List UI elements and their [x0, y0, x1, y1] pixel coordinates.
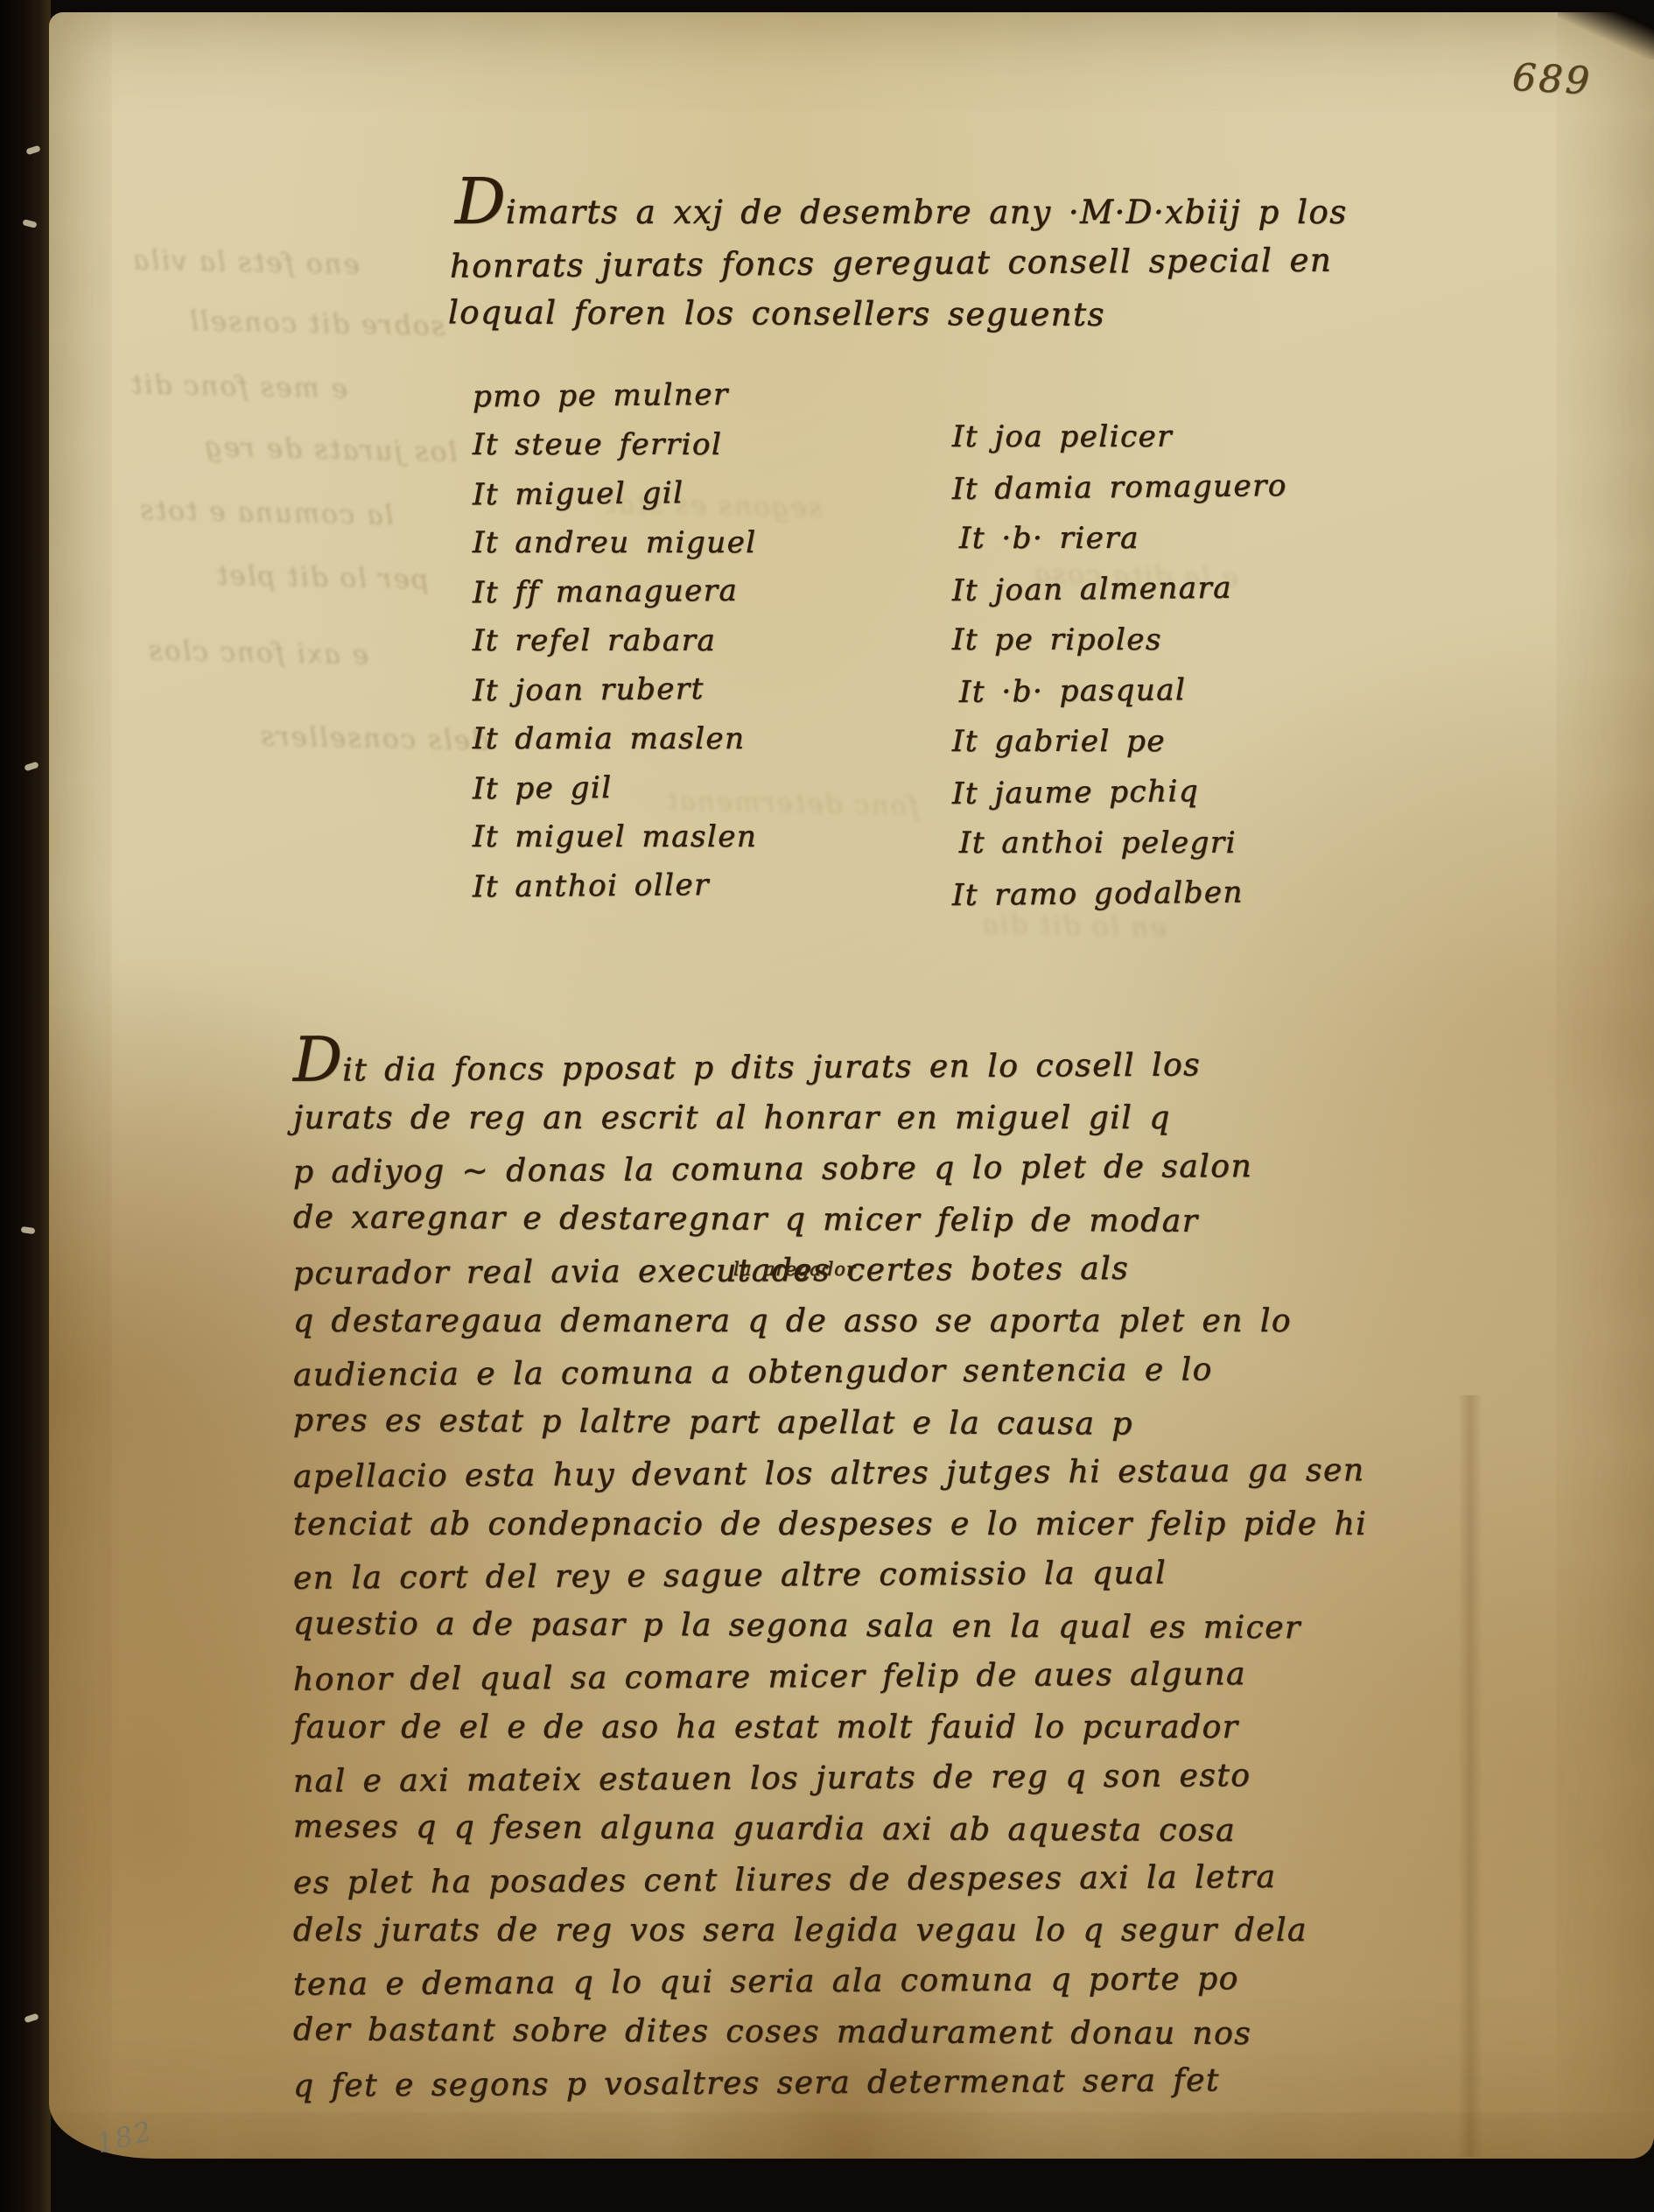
page-crease	[1458, 1395, 1482, 2157]
showthrough-line: dels consellers	[259, 720, 490, 757]
list-item: It pe gil	[473, 762, 758, 814]
record-paragraph: Dit dia foncs pposat p dits jurats en lo…	[293, 1035, 1367, 2109]
showthrough-line: sobre dit consell	[188, 305, 445, 342]
showthrough-line: e mes fonc dit	[130, 369, 348, 404]
list-item: It jaume pchiq	[952, 765, 1287, 819]
heading-line: honrats jurats foncs gereguat consell sp…	[450, 235, 1348, 291]
record-line: audiencia e la comuna a obtengudor sente…	[293, 1344, 1368, 1401]
folio-number: 689	[1511, 56, 1594, 104]
record-line: q fet e segons p vosaltres sera determen…	[293, 2054, 1368, 2111]
record-line: dels jurats de reg vos sera legida vegau…	[293, 1906, 1367, 1956]
list-item: It refel rabara	[473, 616, 757, 665]
list-item: pmo pe mulner	[473, 370, 758, 422]
showthrough-line: la comuna e tots	[138, 495, 394, 531]
record-line: fauor de el e de aso ha estat molt fauid…	[293, 1703, 1367, 1753]
list-item: It pe ripoles	[952, 614, 1287, 665]
list-item: It miguel gil	[473, 468, 758, 520]
list-item: It joa pelicer	[952, 411, 1287, 462]
showthrough-line: e axi fonc clos	[147, 635, 369, 671]
list-item: It steue ferriol	[473, 420, 757, 469]
record-line: apellacio esta huy devant los altres jut…	[293, 1445, 1368, 1502]
record-line: en la cort del rey e sague altre comissi…	[293, 1547, 1368, 1604]
list-item: It joan rubert	[473, 664, 758, 716]
record-line: pres es estat p laltre part apellat e la…	[293, 1395, 1368, 1450]
showthrough-line: eno fets la vila	[131, 244, 361, 280]
showthrough-line: los jurats de reg	[203, 432, 458, 468]
list-item: It ·b· pasqual	[959, 664, 1287, 718]
list-item: It damia romaguero	[952, 460, 1287, 515]
manuscript-scan: { "page": { "folio_number": "689", "penc…	[0, 0, 1654, 2212]
list-item: It gabriel pe	[952, 716, 1287, 767]
ink-speckles	[49, 12, 53, 16]
list-item: It ramo godalben	[952, 867, 1287, 921]
showthrough-line: per lo dit plet	[215, 559, 430, 595]
record-line: jurats de reg an escrit al honrar en mig…	[293, 1093, 1367, 1144]
record-line: tena e demana q lo qui seria ala comuna …	[293, 1953, 1368, 2010]
list-item: It ·b· riera	[959, 513, 1287, 564]
record-line: tenciat ab condepnacio de despeses e lo …	[293, 1499, 1367, 1550]
record-line: honor del qual sa comare micer felip de …	[293, 1648, 1368, 1705]
interlinear-note: la aregador	[733, 1259, 856, 1280]
list-item: It anthoi pelegri	[959, 818, 1287, 868]
list-item: It joan almenara	[952, 562, 1287, 616]
list-item: It anthoi oller	[473, 860, 758, 912]
list-item: It andreu miguel	[473, 518, 757, 567]
record-line: Dit dia foncs pposat p dits jurats en lo…	[293, 1031, 1368, 1096]
page-corner-shadow	[1558, 12, 1654, 60]
list-item: It ff managuera	[473, 566, 758, 618]
book-binding-gutter	[0, 0, 51, 2212]
record-line: de xaregnar e destaregnar q micer felip …	[293, 1192, 1368, 1247]
heading-block: Dimarts a xxj de desembre any ·M·D·xbiij…	[455, 180, 1348, 340]
heading-line: Dimarts a xxj de desembre any ·M·D·xbiij…	[455, 180, 1348, 238]
heading-line: loqual foren los consellers seguents	[448, 287, 1348, 341]
record-line: meses q q fesen alguna guardia axi ab aq…	[293, 1801, 1368, 1857]
record-line: p adiyog ~ donas la comuna sobre q lo pl…	[293, 1141, 1368, 1197]
record-line: questio a de pasar p la segona sala en l…	[293, 1598, 1368, 1654]
record-line: es plet ha posades cent liures de despes…	[293, 1851, 1368, 1908]
record-line: der bastant sobre dites coses madurament…	[293, 2005, 1368, 2060]
council-list-right-column: It joa pelicer It damia romaguero It ·b·…	[952, 411, 1287, 919]
list-item: It miguel maslen	[473, 812, 757, 861]
council-list-left-column: pmo pe mulner It steue ferriol It miguel…	[473, 371, 757, 910]
list-item: It damia maslen	[473, 714, 757, 763]
record-line: nal e axi mateix estauen los jurats de r…	[293, 1750, 1368, 1807]
record-line: q destaregaua demanera q de asso se apor…	[293, 1296, 1367, 1347]
